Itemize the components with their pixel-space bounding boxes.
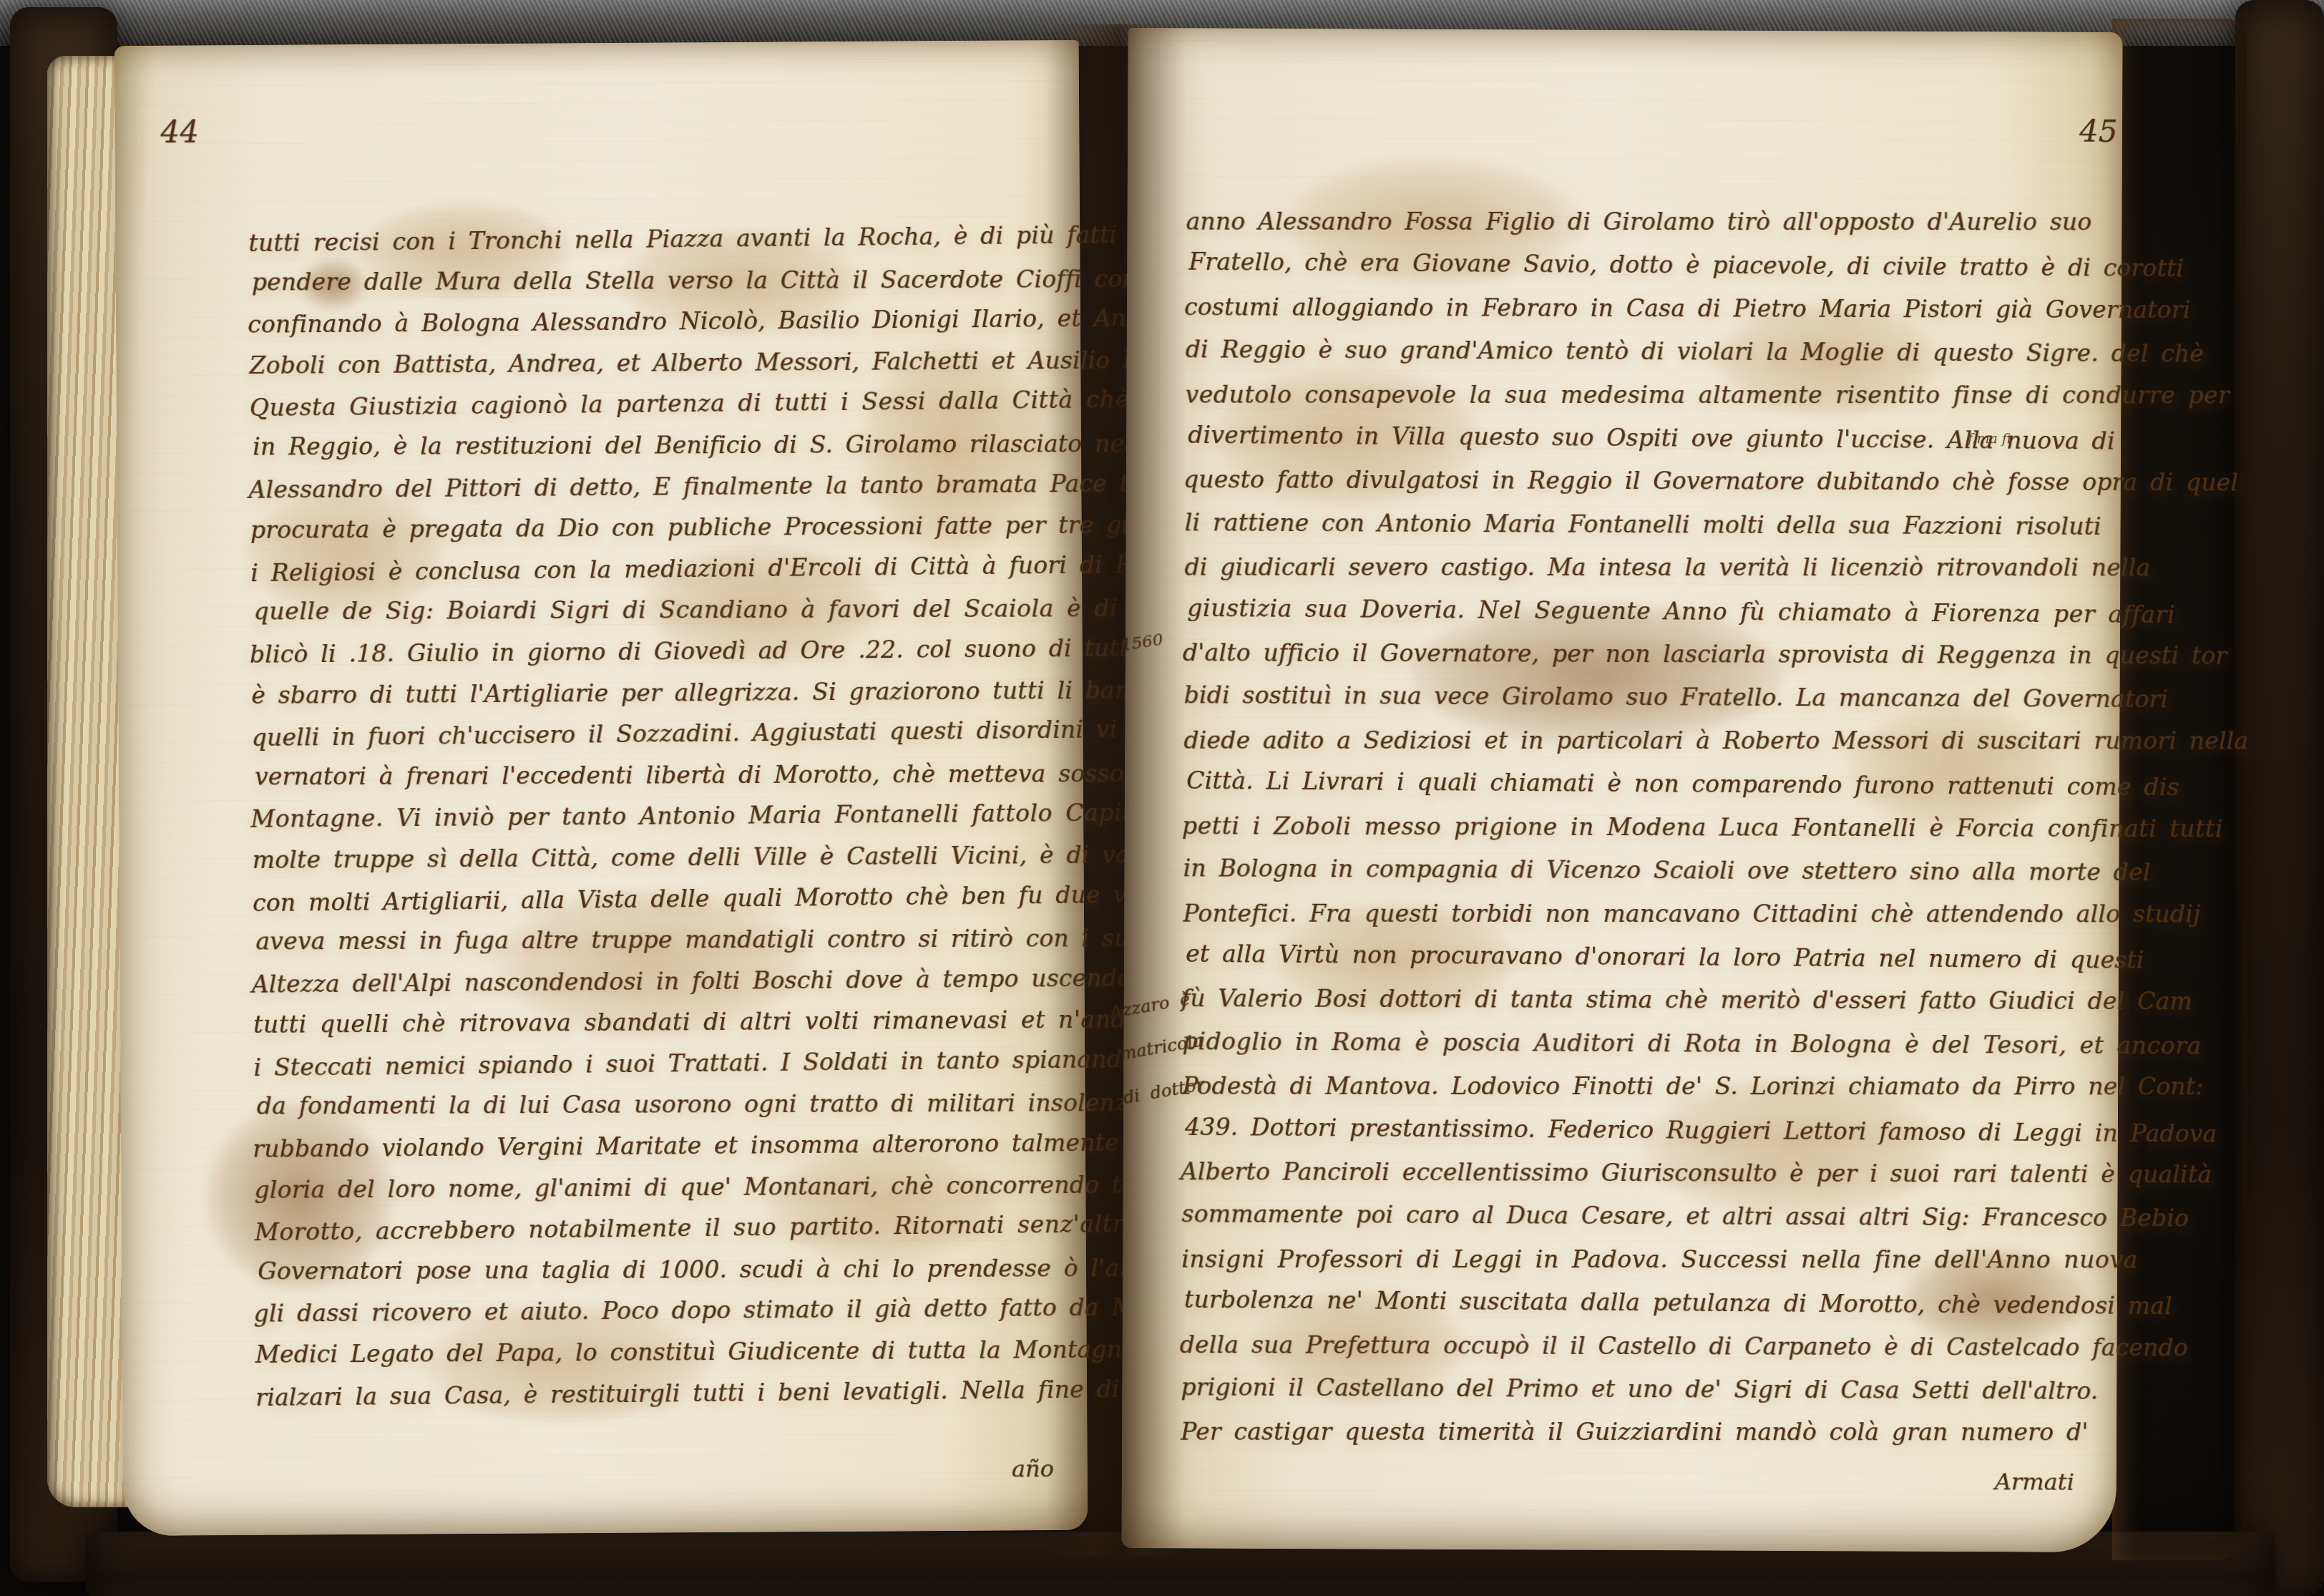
manuscript-line: 439. Dottori prestantissimo. Federico Ru… <box>1185 1105 2072 1154</box>
right-page: 45 1560 Azzaro èmatricoladi dottor f.ma … <box>1121 28 2122 1552</box>
manuscript-line: prigioni il Castellano del Primo et uno … <box>1181 1366 2068 1413</box>
manuscript-line: blicò li .18. Giulio in giorno di Gioved… <box>250 628 1065 675</box>
manuscript-line: gli dassi ricovero et aiuto. Poco dopo s… <box>253 1288 1069 1335</box>
manuscript-line: pendere dalle Mura della Stella verso la… <box>252 258 1068 303</box>
catchword-left: año <box>1012 1457 1054 1480</box>
manuscript-line: della sua Prefettura occupò il il Castel… <box>1180 1323 2067 1369</box>
marginal-year-note: 1560 <box>1120 628 1165 658</box>
manuscript-line: et alla Virtù non procuravano d'onorari … <box>1186 933 2073 982</box>
manuscript-line: confinando à Bologna Alessandro Nicolò, … <box>248 298 1063 345</box>
manuscript-line: Governatori pose una taglia di 1000. scu… <box>258 1247 1073 1292</box>
manuscript-line: insigni Professori di Leggi in Padova. S… <box>1181 1237 2069 1281</box>
manuscript-line: aveva messi in fuga altre truppe mandati… <box>255 918 1071 962</box>
manuscript-line: i Religiosi è conclusa con la mediazioni… <box>250 545 1067 594</box>
manuscript-line: in Reggio, è la restituzioni del Benific… <box>253 423 1068 467</box>
manuscript-line: di Reggio è suo grand'Amico tentò di vio… <box>1186 329 2073 376</box>
manuscript-line: vernatori à frenari l'eccedenti libertà … <box>255 753 1070 797</box>
manuscript-line: giustizia sua Doveria. Nel Seguente Anno… <box>1187 586 2074 636</box>
catchword-right: Armati <box>1995 1470 2074 1493</box>
manuscript-line: diede adito a Sediziosi et in particolar… <box>1183 719 2071 763</box>
folio-number-right: 45 <box>2079 117 2118 147</box>
manuscript-line: quelle de Sig: Boiardi Sigri di Scandian… <box>253 588 1069 633</box>
manuscript-line: i Steccati nemici spiando i suoi Trattat… <box>253 1039 1070 1089</box>
manuscript-line: Pontefici. Fra questi torbidi non mancav… <box>1183 892 2070 935</box>
manuscript-line: molte truppe sì della Città, come delli … <box>252 835 1068 881</box>
manuscript-line: rubbando violando Vergini Maritate et in… <box>253 1122 1068 1169</box>
manuscript-line: procurata è pregata da Dio con publiche … <box>250 505 1066 551</box>
manuscript-line: li rattiene con Antonio Maria Fontanelli… <box>1184 501 2071 548</box>
folio-number-left: 44 <box>160 117 199 147</box>
manuscript-line: tutti recisi con i Tronchi nella Piazza … <box>248 215 1065 264</box>
manuscript-line: d'alto ufficio il Governatore, per non l… <box>1183 631 2070 677</box>
left-page: 44 tutti recisi con i Tronchi nella Piaz… <box>114 40 1088 1536</box>
manuscript-line: è sbarro di tutti l'Artigliarie per alle… <box>251 670 1067 716</box>
book-cover-right <box>2235 0 2324 1596</box>
manuscript-line: petti i Zoboli messo prigione in Modena … <box>1182 804 2069 850</box>
manuscript-line: rialzari la sua Casa, è restituirgli tut… <box>255 1368 1072 1418</box>
manuscript-line: Altezza dell'Alpi nascondendosi in folti… <box>251 958 1067 1005</box>
manuscript-line: Medici Legato del Papa, lo constituì Giu… <box>255 1329 1071 1376</box>
manuscript-line: Per castigar questa timerità il Guizziar… <box>1181 1411 2068 1454</box>
manuscript-line: turbolenza ne' Monti suscitata dalla pet… <box>1184 1278 2071 1328</box>
manuscript-line: Alberto Panciroli eccellentissimo Giuris… <box>1181 1150 2068 1196</box>
manuscript-line: Morotto, accrebbero notabilmente il suo … <box>255 1204 1071 1253</box>
manuscript-line: fù Valerio Bosi dottori di tanta stima c… <box>1181 977 2069 1023</box>
manuscript-line: questo fatto divulgatosi in Reggio il Go… <box>1183 459 2071 505</box>
manuscript-line: bidi sostituì in sua vece Girolamo suo F… <box>1183 674 2071 721</box>
manuscript-line: gloria del loro nome, gl'animi di que' M… <box>254 1164 1070 1211</box>
right-page-text: anno Alessandro Fossa Figlio di Girolamo… <box>1181 198 2074 1456</box>
manuscript-line: Montagne. Vi inviò per tanto Antonio Mar… <box>250 793 1066 840</box>
manuscript-line: Questa Giustizia cagionò la partenza di … <box>249 379 1065 429</box>
manuscript-line: Città. Li Livrari i quali chiamati è non… <box>1186 759 2074 809</box>
manuscript-line: quelli in fuori ch'uccisero il Sozzadini… <box>251 709 1068 759</box>
manuscript-line: costumi alloggiando in Febraro in Casa d… <box>1184 286 2071 331</box>
manuscript-line: con molti Artigliarii, alla Vista delle … <box>253 874 1069 923</box>
manuscript-line: Fratello, chè era Giovane Savio, dotto è… <box>1188 240 2076 290</box>
manuscript-line: anno Alessandro Fossa Figlio di Girolamo… <box>1186 200 2073 244</box>
manuscript-line: vedutolo consapevole la sua medesima alt… <box>1185 373 2072 417</box>
manuscript-line: pidoglio in Roma è poscia Auditori di Ro… <box>1182 1020 2069 1067</box>
manuscript-line: in Bologna in compagnia di Vicenzo Scaio… <box>1183 847 2070 894</box>
manuscript-line: Zoboli con Battista, Andrea, et Alberto … <box>249 340 1065 386</box>
manuscript-line: di giudicarli severo castigo. Ma intesa … <box>1184 546 2071 590</box>
manuscript-line: Podestà di Mantova. Lodovico Finotti de'… <box>1182 1065 2069 1109</box>
manuscript-line: sommamente poi caro al Duca Cesare, et a… <box>1181 1193 2069 1240</box>
manuscript-photo: 44 tutti recisi con i Tronchi nella Piaz… <box>0 0 2324 1596</box>
manuscript-line: divertimento in Villa questo suo Ospiti … <box>1188 414 2075 463</box>
manuscript-line: da fondamenti la di lui Casa usorono ogn… <box>257 1083 1073 1127</box>
manuscript-line: tutti quelli chè ritrovava sbandati di a… <box>253 999 1069 1046</box>
manuscript-line: Alessandro del Pittori di detto, E final… <box>248 463 1064 510</box>
left-page-text: tutti recisi con i Tronchi nella Piazza … <box>248 216 1071 1416</box>
